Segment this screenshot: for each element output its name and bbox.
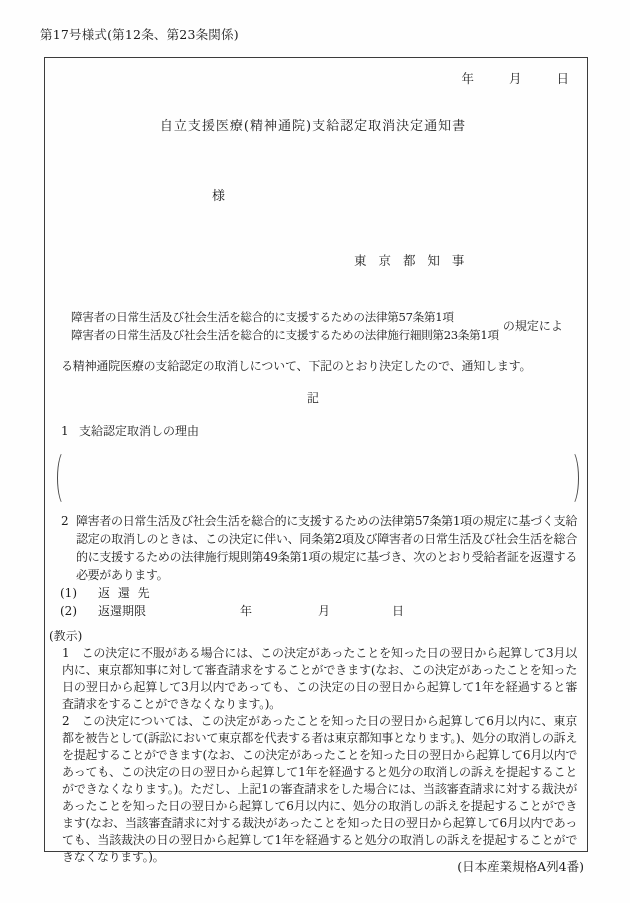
left-parenthesis-shape bbox=[57, 450, 73, 506]
reason-blank-area bbox=[57, 450, 579, 506]
section2-text: 障害者の日常生活及び社会生活を総合的に支援するための法律第57条第1項の規定に基… bbox=[76, 512, 577, 584]
document-title: 自立支援医療(精神通院)支給認定取消決定通知書 bbox=[49, 118, 577, 136]
legal-basis-block: 障害者の日常生活及び社会生活を総合的に支援するための法律第57条第1項 障害者の… bbox=[71, 308, 577, 344]
legal-basis-lines: 障害者の日常生活及び社会生活を総合的に支援するための法律第57条第1項 障害者の… bbox=[71, 308, 499, 344]
legal-basis-line2: 障害者の日常生活及び社会生活を総合的に支援するための法律施行細則第23条第1項 bbox=[71, 326, 499, 344]
item2-number: (2) bbox=[60, 602, 98, 620]
legal-basis-suffix: の規定によ bbox=[499, 317, 563, 335]
notice-sheet: 年 月 日 自立支援医療(精神通院)支給認定取消決定通知書 様 東 京 都 知 … bbox=[44, 57, 588, 852]
date-year-label: 年 bbox=[461, 70, 474, 88]
item1-number: (1) bbox=[60, 584, 98, 602]
section1-heading: 支給認定取消しの理由 bbox=[79, 422, 199, 440]
section1-heading-row: 1 支給認定取消しの理由 bbox=[61, 422, 577, 440]
return-deadline-row: (2) 返還期限 年 月 日 bbox=[60, 602, 577, 620]
instruction-item-2: 2 この決定については、この決定があったことを知った日の翌日から起算して6月以内… bbox=[62, 713, 577, 866]
paper-standard-note: (日本産業規格A列4番) bbox=[457, 858, 584, 876]
record-marker: 記 bbox=[49, 389, 577, 407]
decision-statement: る精神通院医療の支給認定の取消しについて、下記のとおり決定したので、通知します。 bbox=[61, 357, 577, 375]
addressee-suffix: 様 bbox=[212, 188, 577, 206]
document-page: 第17号様式(第12条、第23条関係) 年 月 日 自立支援医療(精神通院)支給… bbox=[0, 0, 630, 903]
issuer-name: 東 京 都 知 事 bbox=[354, 252, 577, 270]
issue-date-row: 年 月 日 bbox=[49, 70, 577, 88]
section1-number: 1 bbox=[61, 422, 79, 440]
section2-number: 2 bbox=[61, 512, 76, 584]
return-items: (1) 返 還 先 (2) 返還期限 年 月 日 bbox=[60, 584, 577, 620]
item2-label: 返還期限 bbox=[98, 602, 240, 620]
date-day-label: 日 bbox=[556, 70, 569, 88]
deadline-month-label: 月 bbox=[318, 602, 392, 620]
right-parenthesis-shape bbox=[563, 450, 579, 506]
deadline-day-label: 日 bbox=[392, 602, 404, 620]
item1-label: 返 還 先 bbox=[98, 584, 152, 602]
form-number-label: 第17号様式(第12条、第23条関係) bbox=[40, 26, 239, 44]
legal-basis-line1: 障害者の日常生活及び社会生活を総合的に支援するための法律第57条第1項 bbox=[71, 308, 499, 326]
instruction-heading: (教示) bbox=[49, 628, 577, 645]
section2-row: 2 障害者の日常生活及び社会生活を総合的に支援するための法律第57条第1項の規定… bbox=[61, 512, 577, 584]
deadline-year-label: 年 bbox=[240, 602, 318, 620]
date-month-label: 月 bbox=[509, 70, 522, 88]
instruction-item-1: 1 この決定に不服がある場合には、この決定があったことを知った日の翌日から起算し… bbox=[62, 645, 577, 713]
return-destination-row: (1) 返 還 先 bbox=[60, 584, 577, 602]
instruction-block: (教示) 1 この決定に不服がある場合には、この決定があったことを知った日の翌日… bbox=[49, 628, 577, 866]
